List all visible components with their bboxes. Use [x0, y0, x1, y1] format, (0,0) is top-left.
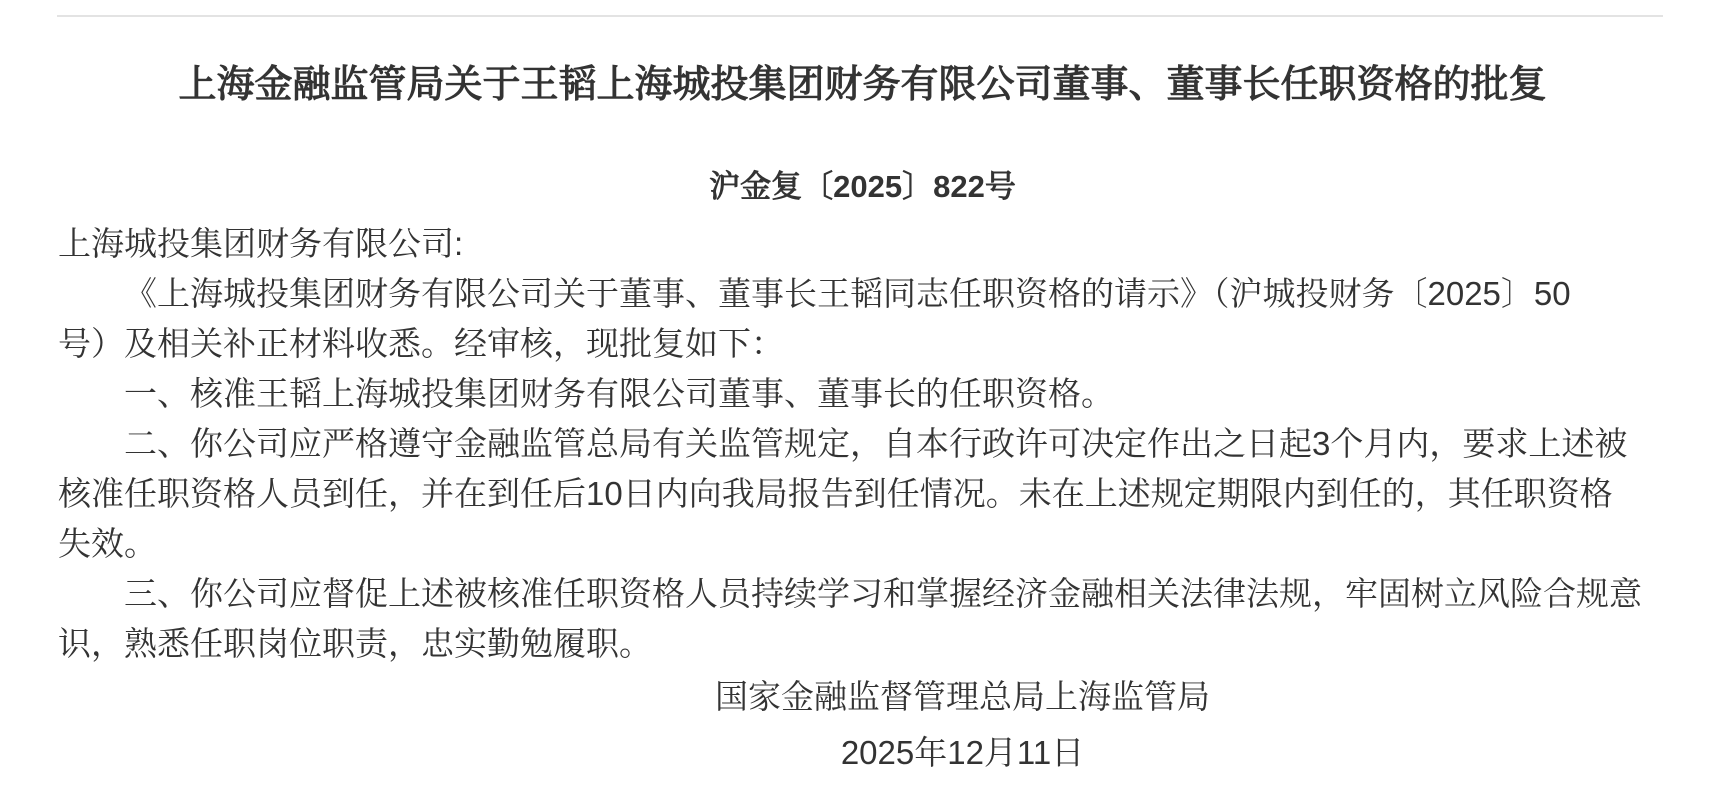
paragraph-line: 号）及相关补正材料收悉。经审核，现批复如下：	[58, 319, 1670, 369]
document-page: 上海金融监管局关于王韬上海城投集团财务有限公司董事、董事长任职资格的批复 沪金复…	[0, 0, 1725, 798]
paragraph-line: 《上海城投集团财务有限公司关于董事、董事长王韬同志任职资格的请示》（沪城投财务〔…	[58, 269, 1670, 319]
top-divider	[57, 15, 1663, 17]
document-body: 上海城投集团财务有限公司: 《上海城投集团财务有限公司关于董事、董事长王韬同志任…	[58, 219, 1670, 669]
doc-number: 沪金复〔2025〕822号	[0, 169, 1725, 205]
signature-block: 国家金融监督管理总局上海监管局 2025年12月11日	[200, 669, 1725, 781]
signature-date: 2025年12月11日	[200, 725, 1725, 781]
paragraph-line: 一、核准王韬上海城投集团财务有限公司董事、董事长的任职资格。	[58, 369, 1670, 419]
page-title: 上海金融监管局关于王韬上海城投集团财务有限公司董事、董事长任职资格的批复	[0, 63, 1725, 107]
paragraph-line: 核准任职资格人员到任，并在到任后10日内向我局报告到任情况。未在上述规定期限内到…	[58, 469, 1670, 519]
paragraph-line: 三、你公司应督促上述被核准任职资格人员持续学习和掌握经济金融相关法律法规，牢固树…	[58, 569, 1670, 619]
recipient-line: 上海城投集团财务有限公司:	[58, 219, 1670, 269]
paragraph-line: 二、你公司应严格遵守金融监管总局有关监管规定，自本行政许可决定作出之日起3个月内…	[58, 419, 1670, 469]
paragraph-line: 识，熟悉任职岗位职责，忠实勤勉履职。	[58, 619, 1670, 669]
paragraph-line: 失效。	[58, 519, 1670, 569]
signature-issuer: 国家金融监督管理总局上海监管局	[200, 669, 1725, 725]
